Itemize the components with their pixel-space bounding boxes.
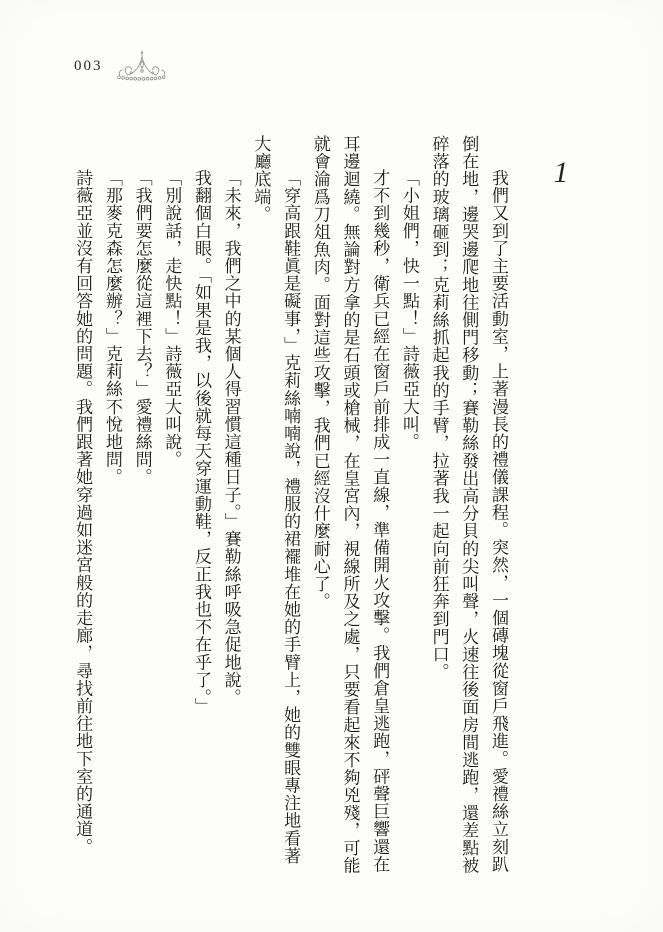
paragraph: 我翻個白眼。「如果是我，以後就每天穿運動鞋，反正我也不在乎了。」 [186,135,216,876]
paragraph: 「未來，我們之中的某個人得習慣這種日子。」賽勒絲呼吸急促地說。 [216,135,246,876]
paragraph: 「別說話，走快點！」詩薇亞大叫說。 [157,135,187,876]
tiara-icon [115,50,169,82]
paragraph: 才不到幾秒，衛兵已經在窗戶前排成一直線，準備開火攻擊。我們倉皇逃跑，砰聲巨響還在… [305,135,394,876]
paragraph: 我們又到了主要活動室，上著漫長的禮儀課程。突然，一個磚塊從窗戶飛進。愛禮絲立刻趴… [424,135,513,876]
book-page: 003 [0,0,663,932]
paragraph: 「那麥克森怎麼辦？」克莉絲不悅地問。 [97,135,127,876]
paragraph: 「小姐們，快一點！」詩薇亞大叫。 [394,135,424,876]
body-text: 我們又到了主要活動室，上著漫長的禮儀課程。突然，一個磚塊從窗戶飛進。愛禮絲立刻趴… [67,135,513,876]
page-number: 003 [74,58,103,75]
page-header: 003 [74,50,169,82]
paragraph: 詩薇亞並沒有回答她的問題。我們跟著她穿過如迷宮般的走廊，尋找前往地下室的通道。 [67,135,97,876]
paragraph: 「穿高跟鞋眞是礙事，」克莉絲喃喃說，禮服的裙襬堆在她的手臂上，她的雙眼專注地看著… [246,135,305,876]
chapter-number: 1 [544,156,578,190]
paragraph: 「我們要怎麼從這裡下去？」愛禮絲問。 [127,135,157,876]
